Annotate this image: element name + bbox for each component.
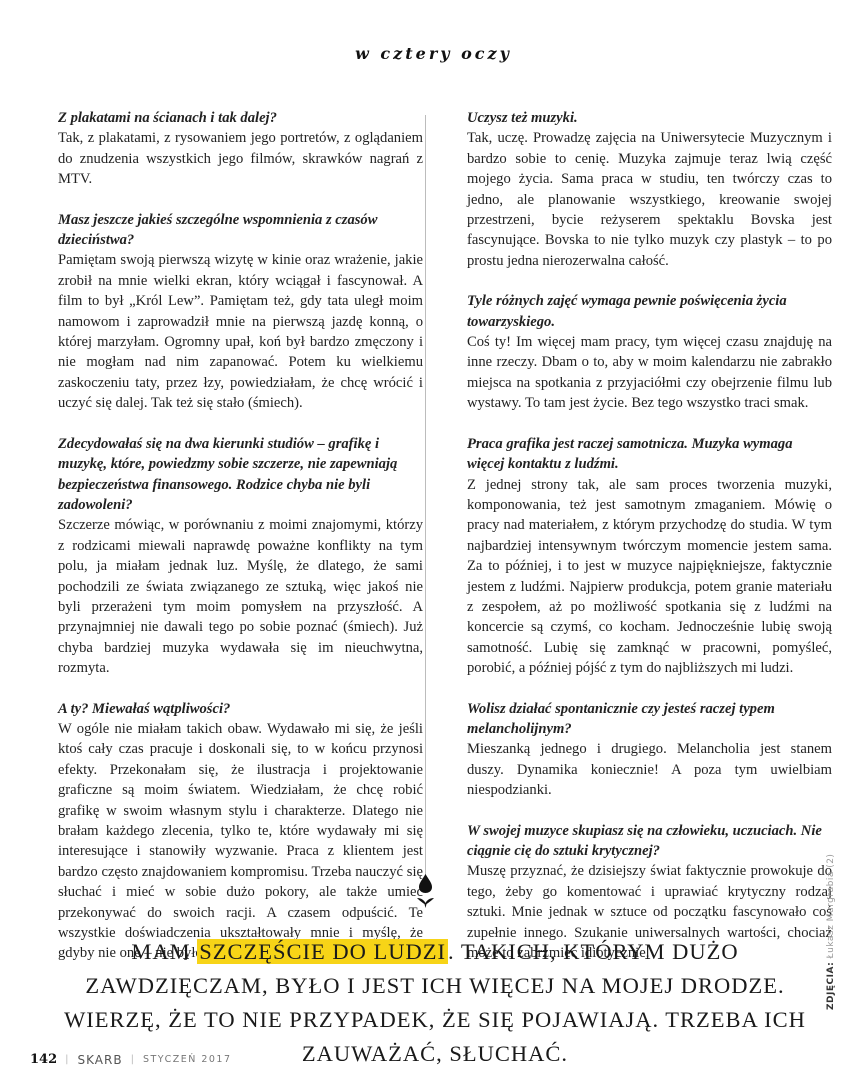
qa-block: Tyle różnych zajęć wymaga pewnie poświęc…	[467, 291, 832, 413]
footer-separator: |	[65, 1054, 69, 1065]
answer: Szczerze mówiąc, w porównaniu z moimi zn…	[58, 515, 423, 678]
question: Zdecydowałaś się na dwa kierunki studiów…	[58, 434, 423, 516]
column-divider	[425, 115, 426, 875]
question: Wolisz działać spontanicznie czy jesteś …	[467, 699, 832, 740]
issue-date: STYCZEŃ 2017	[143, 1054, 232, 1065]
footer-separator: |	[131, 1054, 135, 1065]
qa-block: Masz jeszcze jakieś szczególne wspomnien…	[58, 210, 423, 414]
question: Tyle różnych zajęć wymaga pewnie poświęc…	[467, 291, 832, 332]
qa-block: Zdecydowałaś się na dwa kierunki studiów…	[58, 434, 423, 679]
answer: Z jednej strony tak, ale sam proces twor…	[467, 475, 832, 679]
answer: Pamiętam swoją pierwszą wizytę w kinie o…	[58, 250, 423, 413]
photo-credits: ZDJĘCIA: Łukasz Murgrabia (2)	[826, 854, 836, 1010]
answer: Mieszanką jednego i drugiego. Melancholi…	[467, 739, 832, 800]
answer: Tak, uczę. Prowadzę zajęcia na Uniwersyt…	[467, 128, 832, 271]
answer: Coś ty! Im więcej mam pracy, tym więcej …	[467, 332, 832, 414]
pull-quote: MAM SZCZĘŚCIE DO LUDZI. TAKICH, KTÓRYM D…	[40, 935, 830, 1071]
pull-quote-prefix: MAM	[131, 939, 197, 964]
answer: Tak, z plakatami, z rysowaniem jego port…	[58, 128, 423, 189]
question: Z plakatami na ścianach i tak dalej?	[58, 108, 423, 128]
page-footer: 142 | SKARB | STYCZEŃ 2017	[30, 1052, 232, 1067]
qa-block: Uczysz też muzyki. Tak, uczę. Prowadzę z…	[467, 108, 832, 271]
answer: W ogóle nie miałam takich obaw. Wydawało…	[58, 719, 423, 964]
qa-block: A ty? Miewałaś wątpliwości? W ogóle nie …	[58, 699, 423, 964]
left-column: Z plakatami na ścianach i tak dalej? Tak…	[58, 108, 423, 984]
question: Uczysz też muzyki.	[467, 108, 832, 128]
page-number: 142	[30, 1052, 57, 1067]
question: Masz jeszcze jakieś szczególne wspomnien…	[58, 210, 423, 251]
qa-block: Praca grafika jest raczej samotnicza. Mu…	[467, 434, 832, 679]
right-column: Uczysz też muzyki. Tak, uczę. Prowadzę z…	[467, 108, 832, 983]
magazine-name: SKARB	[78, 1053, 123, 1067]
question: A ty? Miewałaś wątpliwości?	[58, 699, 423, 719]
credits-label: ZDJĘCIA:	[826, 962, 836, 1010]
question: Praca grafika jest raczej samotnicza. Mu…	[467, 434, 832, 475]
heart-drop-ornament-icon	[415, 872, 436, 912]
qa-block: Wolisz działać spontanicznie czy jesteś …	[467, 699, 832, 801]
section-title: w cztery oczy	[0, 44, 867, 63]
credits-value: Łukasz Murgrabia (2)	[826, 854, 836, 959]
question: W swojej muzyce skupiasz się na człowiek…	[467, 821, 832, 862]
pull-quote-highlight: SZCZĘŚCIE DO LUDZI	[197, 939, 448, 964]
qa-block: Z plakatami na ścianach i tak dalej? Tak…	[58, 108, 423, 190]
